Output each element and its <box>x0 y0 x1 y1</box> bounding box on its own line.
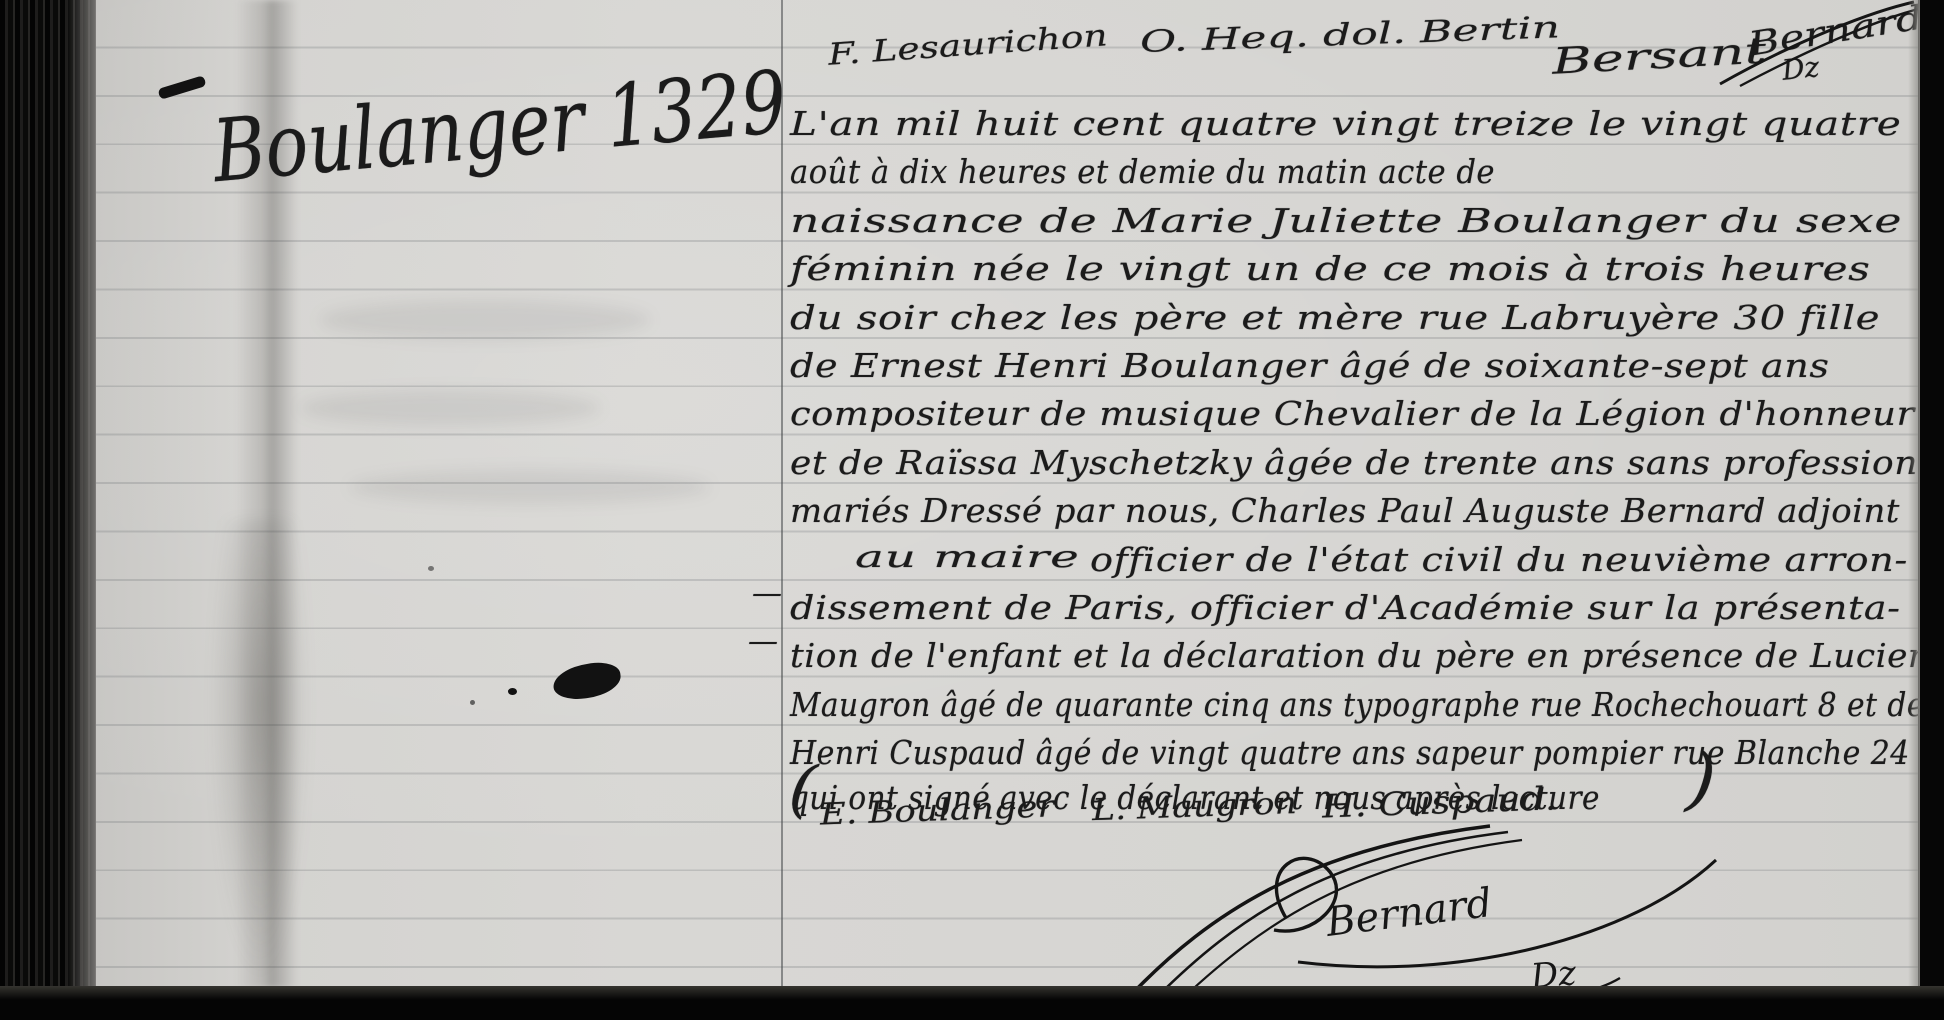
official-signature-name: Bernard <box>1323 880 1495 946</box>
signature-cuspaud: H. Cuspaud. <box>1321 781 1523 826</box>
top-signature-bersant: Bersant <box>1551 34 1696 82</box>
official-signature-flourish: Bernard Dz <box>1060 820 1760 1000</box>
bleed-through-smudge <box>320 300 650 340</box>
margin-continuation-dash: — <box>748 624 778 659</box>
act-line: féminin née le vingt un de ce mois à tro… <box>790 249 1631 288</box>
act-line: Henri Cuspaud âgé de vingt quatre ans sa… <box>790 733 1944 772</box>
scan-right-border <box>1920 0 1944 1020</box>
ink-speck <box>508 688 517 695</box>
act-line: mariés Dressé par nous, Charles Paul Aug… <box>790 491 1871 530</box>
top-signature-flourish <box>1700 0 1930 90</box>
act-line: dissement de Paris, officier d'Académie … <box>790 588 1752 627</box>
act-line: officier de l'état civil du neuvième arr… <box>1090 540 1796 579</box>
act-line: naissance de Marie Juliette Boulanger du… <box>790 201 1591 240</box>
act-line: et de Raïssa Myschetzky âgée de trente a… <box>790 443 1824 482</box>
act-line: août à dix heures et demie du matin acte… <box>790 152 1549 191</box>
act-line: du soir chez les père et mère rue Labruy… <box>790 298 1680 337</box>
bleed-through-smudge <box>300 390 600 426</box>
registry-scan: Boulanger 1329 F. Lesaurichon O. Heq. do… <box>0 0 1944 1020</box>
page-stain <box>210 520 310 980</box>
act-line: L'an mil huit cent quatre vingt treize l… <box>790 104 1692 143</box>
book-binding-edge <box>0 0 96 1020</box>
ink-speck <box>428 566 434 571</box>
act-line: Maugron âgé de quarante cinq ans typogra… <box>790 685 1944 724</box>
act-line: tion de l'enfant et la déclaration du pè… <box>790 636 1887 675</box>
ink-speck <box>470 700 475 705</box>
bleed-through-smudge <box>350 470 710 504</box>
act-line: de Ernest Henri Boulanger âgé de soixant… <box>790 346 1690 385</box>
act-line: compositeur de musique Chevalier de la L… <box>790 394 1798 433</box>
scan-bottom-border <box>0 986 1944 1020</box>
act-interline-insert: au maire <box>855 540 994 575</box>
signature-boulanger: E. Boulanger <box>819 791 1019 833</box>
margin-continuation-dash: — <box>752 576 782 611</box>
